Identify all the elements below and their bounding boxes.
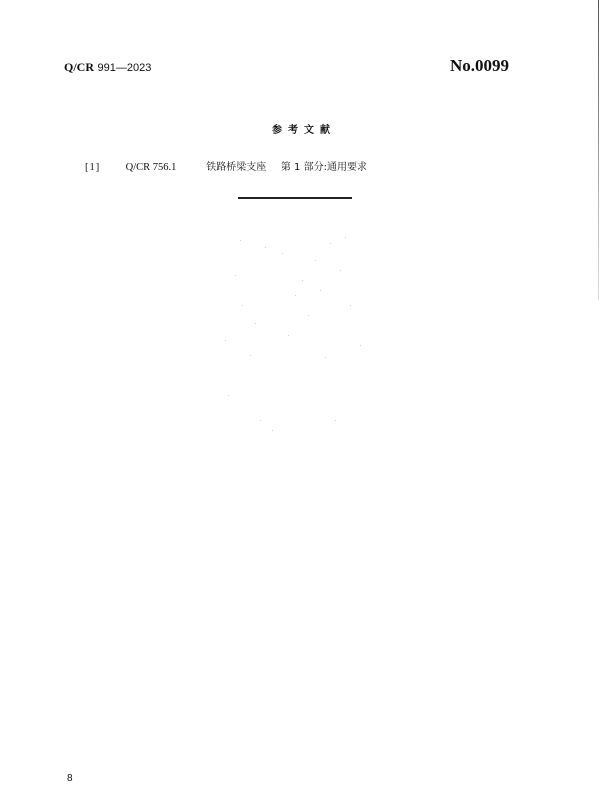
page-number: 8 [67,773,73,784]
section-title: 参考文献 [0,121,600,136]
standard-code: Q/CR 991—2023 [64,60,151,75]
document-number: No.0099 [450,56,509,76]
scan-noise [220,235,380,435]
reference-item: [1] Q/CR 756.1 铁路桥梁支座 第 1 部分:通用要求 [85,158,367,173]
reference-code: Q/CR 756.1 [126,162,204,173]
end-rule [238,197,352,199]
standard-prefix: Q/CR [64,60,94,74]
reference-part: 第 1 部分:通用要求 [281,158,367,173]
reference-index: [1] [85,162,123,173]
standard-number: 991—2023 [98,62,152,74]
scan-edge-line [598,0,599,300]
reference-title: 铁路桥梁支座 [206,158,266,173]
